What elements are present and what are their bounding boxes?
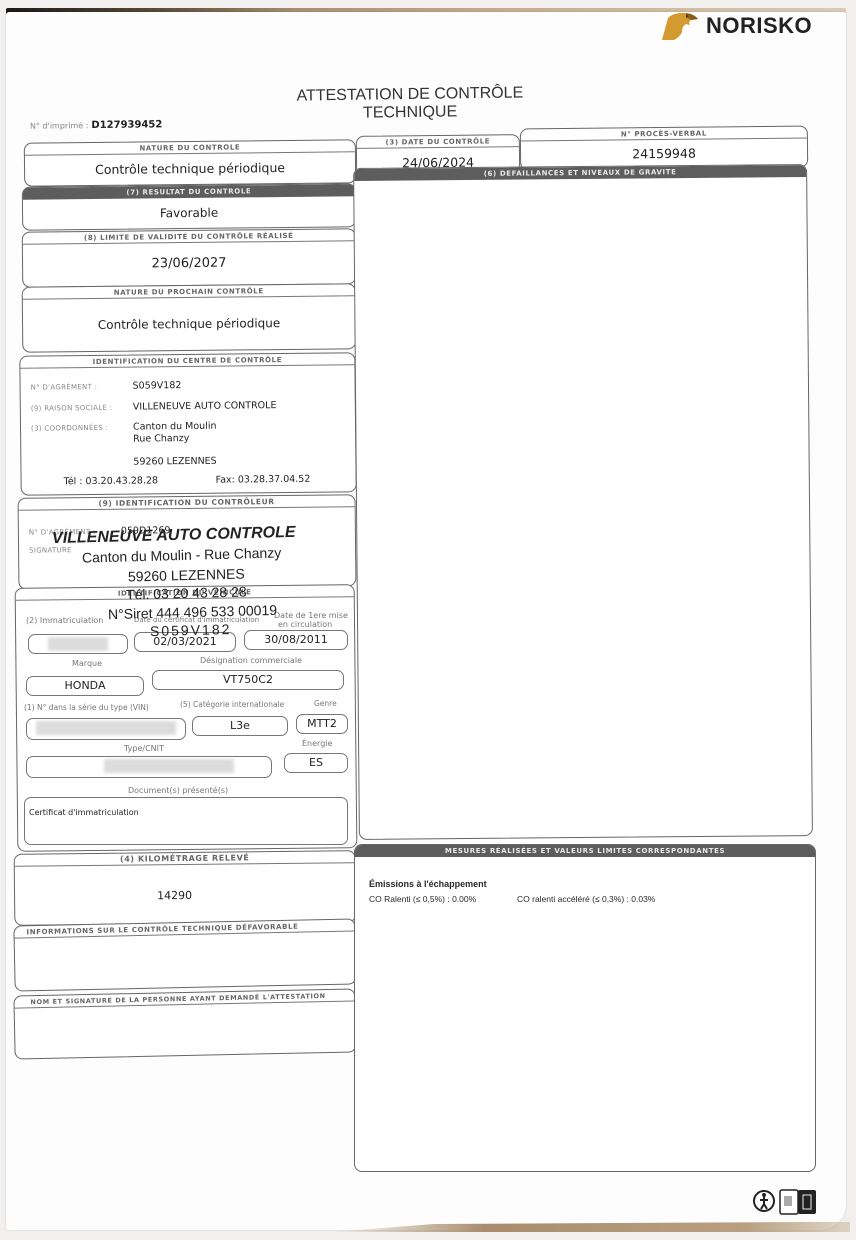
kilometrage-label: (4) KILOMÉTRAGE RELEVÉ — [15, 851, 355, 867]
redacted-vin — [36, 721, 176, 735]
marque-value: HONDA — [65, 679, 106, 692]
brand-name: NORISKO — [706, 13, 812, 39]
vin-label: (1) N° dans la série du type (VIN) — [24, 703, 149, 712]
vin-field — [26, 718, 186, 740]
footer-icons — [752, 1186, 818, 1216]
nature-controle-value: Contrôle technique périodique — [25, 152, 355, 185]
co-accelere-value: CO ralenti accéléré (≤ 0,3%) : 0.03% — [517, 894, 655, 904]
documents-value: Certificat d'immatriculation — [29, 808, 139, 818]
eagle-head-icon — [660, 10, 700, 42]
defaillances-box: (6) DEFAILLANCES ET NIVEAUX DE GRAVITE — [353, 164, 813, 840]
first-circulation-value: 30/08/2011 — [264, 633, 327, 646]
mesures-label: MESURES RÉALISÉES ET VALEURS LIMITES COR… — [355, 845, 815, 857]
centre-agrement-value: S059V182 — [133, 380, 182, 392]
categorie-value: L3e — [230, 719, 250, 732]
validite-box: (8) LIMITE DE VALIDITÉ DU CONTRÔLE RÉALI… — [22, 228, 357, 287]
stamp-city: 59260 LEZENNES — [128, 565, 245, 584]
categorie-label: (5) Catégorie internationale — [180, 700, 284, 709]
energie-label: Énergie — [302, 739, 332, 748]
first-circulation-label-1: Date de 1ere mise — [274, 611, 348, 620]
immatriculation-field — [28, 634, 128, 654]
centre-agrement-label: N° D'AGRÉMENT : — [31, 383, 98, 392]
validite-value: 23/06/2027 — [23, 241, 355, 286]
prochain-controle-value: Contrôle technique périodique — [23, 296, 356, 351]
genre-value: MTT2 — [307, 717, 337, 730]
first-circulation-label-2: en circulation — [278, 620, 332, 629]
centre-controle-box: IDENTIFICATION DU CENTRE DE CONTRÔLE N° … — [19, 352, 356, 496]
demandeur-box: NOM ET SIGNATURE DE LA PERSONNE AYANT DE… — [13, 988, 356, 1059]
kilometrage-box: (4) KILOMÉTRAGE RELEVÉ 14290 — [14, 850, 357, 926]
kilometrage-value: 14290 — [157, 889, 192, 902]
raison-sociale-value: VILLENEUVE AUTO CONTROLE — [133, 400, 277, 413]
designation-value: VT750C2 — [223, 673, 273, 686]
first-circulation-field: 30/08/2011 — [244, 630, 348, 650]
energie-field: ES — [284, 753, 348, 773]
centre-tel: Tél : 03.20.43.28.28 — [64, 475, 159, 487]
immatriculation-label: (2) Immatriculation — [26, 616, 103, 625]
documents-field: Certificat d'immatriculation — [24, 797, 348, 845]
stamp-code: S059V182 — [150, 621, 232, 639]
document-title: ATTESTATION DE CONTRÔLE TECHNIQUE — [270, 84, 550, 124]
controleur-header: (9) IDENTIFICATION DU CONTRÔLEUR — [19, 495, 355, 511]
defaillances-label: (6) DEFAILLANCES ET NIVEAUX DE GRAVITE — [354, 165, 806, 181]
imprime-number: N° d'imprimé :D127939452 — [30, 119, 162, 131]
marque-label: Marque — [72, 659, 102, 668]
imprime-label: N° d'imprimé : — [30, 121, 88, 131]
coordonnees-label: (3) COORDONNÉES : — [31, 424, 108, 433]
raison-sociale-label: (9) RAISON SOCIALE : — [31, 404, 113, 413]
centre-city: 59260 LEZENNES — [133, 456, 216, 468]
redacted-cnit — [104, 759, 234, 773]
designation-field: VT750C2 — [152, 670, 344, 690]
genre-field: MTT2 — [296, 714, 348, 734]
centre-address-line2: Rue Chanzy — [133, 433, 189, 445]
documents-label: Document(s) présenté(s) — [128, 786, 228, 795]
genre-label: Genre — [314, 699, 337, 708]
triman-sorting-icon — [778, 1186, 818, 1216]
co-ralenti-value: CO Ralenti (≤ 0,5%) : 0.00% — [369, 894, 476, 904]
imprime-value: D127939452 — [91, 119, 162, 131]
redacted-plate — [48, 637, 108, 651]
centre-address-line1: Canton du Moulin — [133, 421, 217, 433]
prochain-controle-box: NATURE DU PROCHAIN CONTRÔLE Contrôle tec… — [22, 283, 357, 352]
stamp-tel: Tél. 03 20 43 28 28 — [126, 583, 247, 602]
marque-field: HONDA — [26, 676, 144, 696]
designation-label: Désignation commerciale — [200, 656, 302, 665]
energie-value: ES — [309, 756, 323, 769]
centre-controle-header: IDENTIFICATION DU CENTRE DE CONTRÔLE — [20, 353, 354, 368]
type-cnit-field — [26, 756, 272, 778]
nature-controle-box: NATURE DU CONTROLE Contrôle technique pé… — [24, 139, 356, 186]
defavorable-box: INFORMATIONS SUR LE CONTRÔLE TECHNIQUE D… — [13, 918, 356, 991]
mesures-box: MESURES RÉALISÉES ET VALEURS LIMITES COR… — [354, 844, 816, 1172]
categorie-field: L3e — [192, 716, 288, 736]
centre-fax: Fax: 03.28.37.04.52 — [216, 474, 311, 486]
type-cnit-label: Type/CNIT — [124, 744, 164, 753]
norisko-logo: NORISKO — [660, 10, 812, 42]
resultat-value: Favorable — [23, 196, 355, 229]
emissions-title: Émissions à l'échappement — [369, 879, 487, 889]
resultat-box: (7) RESULTAT du CONTROLE Favorable — [22, 183, 356, 230]
recycling-person-icon — [752, 1189, 776, 1213]
